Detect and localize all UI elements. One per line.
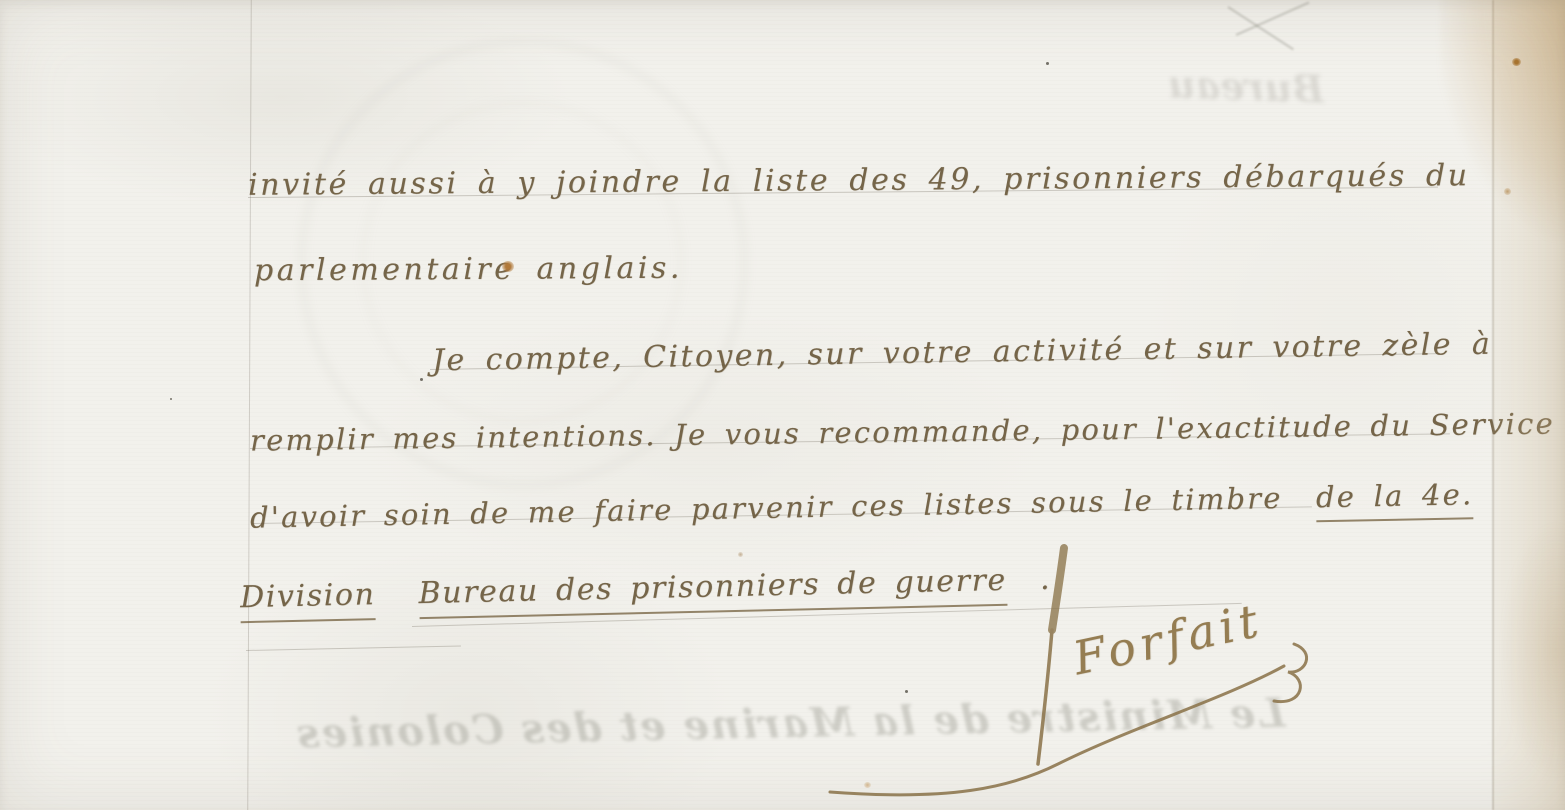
foxing-spot — [864, 782, 871, 788]
foxing-spot — [738, 552, 743, 557]
signature-flourish — [0, 0, 1565, 810]
manuscript-line-4: remplir mes intentions. Je vous recomman… — [250, 406, 1555, 457]
manuscript-page: Bureau Le Ministre de la Marine et des C… — [0, 0, 1565, 810]
manuscript-line-1: invité aussi à y joindre la liste des 49… — [248, 158, 1470, 203]
manuscript-line-2: parlementaire anglais. — [254, 251, 683, 289]
bleedthrough-bureau-text: Bureau — [1167, 61, 1325, 111]
manuscript-line-6: Division Bureau des prisonniers de guerr… — [240, 562, 1052, 615]
page-right-edge — [1493, 0, 1565, 810]
manuscript-line-5: d'avoir soin de me faire parvenir ces li… — [250, 477, 1474, 534]
ink-speck — [1046, 62, 1049, 65]
ink-speck — [170, 398, 172, 400]
ink-speck — [905, 690, 908, 693]
line-6-bureau-text: Bureau des prisonniers de guerre — [418, 563, 1007, 619]
left-margin-fold-line — [247, 0, 252, 810]
bleedthrough-minister-line: Le Ministre de la Marine et des Colonies — [295, 690, 1286, 758]
ink-speck — [420, 378, 423, 381]
line-6-period: . — [1040, 562, 1052, 597]
pencil-guide-line — [246, 645, 461, 651]
manuscript-line-3: Je compte, Citoyen, sur votre activité e… — [432, 327, 1493, 379]
right-fold-line — [1492, 0, 1494, 810]
line-5-plain-text: d'avoir soin de me faire parvenir ces li… — [250, 481, 1283, 535]
line-6-division-text: Division — [240, 577, 376, 623]
line-5-underlined-text: de la 4e. — [1316, 477, 1474, 522]
